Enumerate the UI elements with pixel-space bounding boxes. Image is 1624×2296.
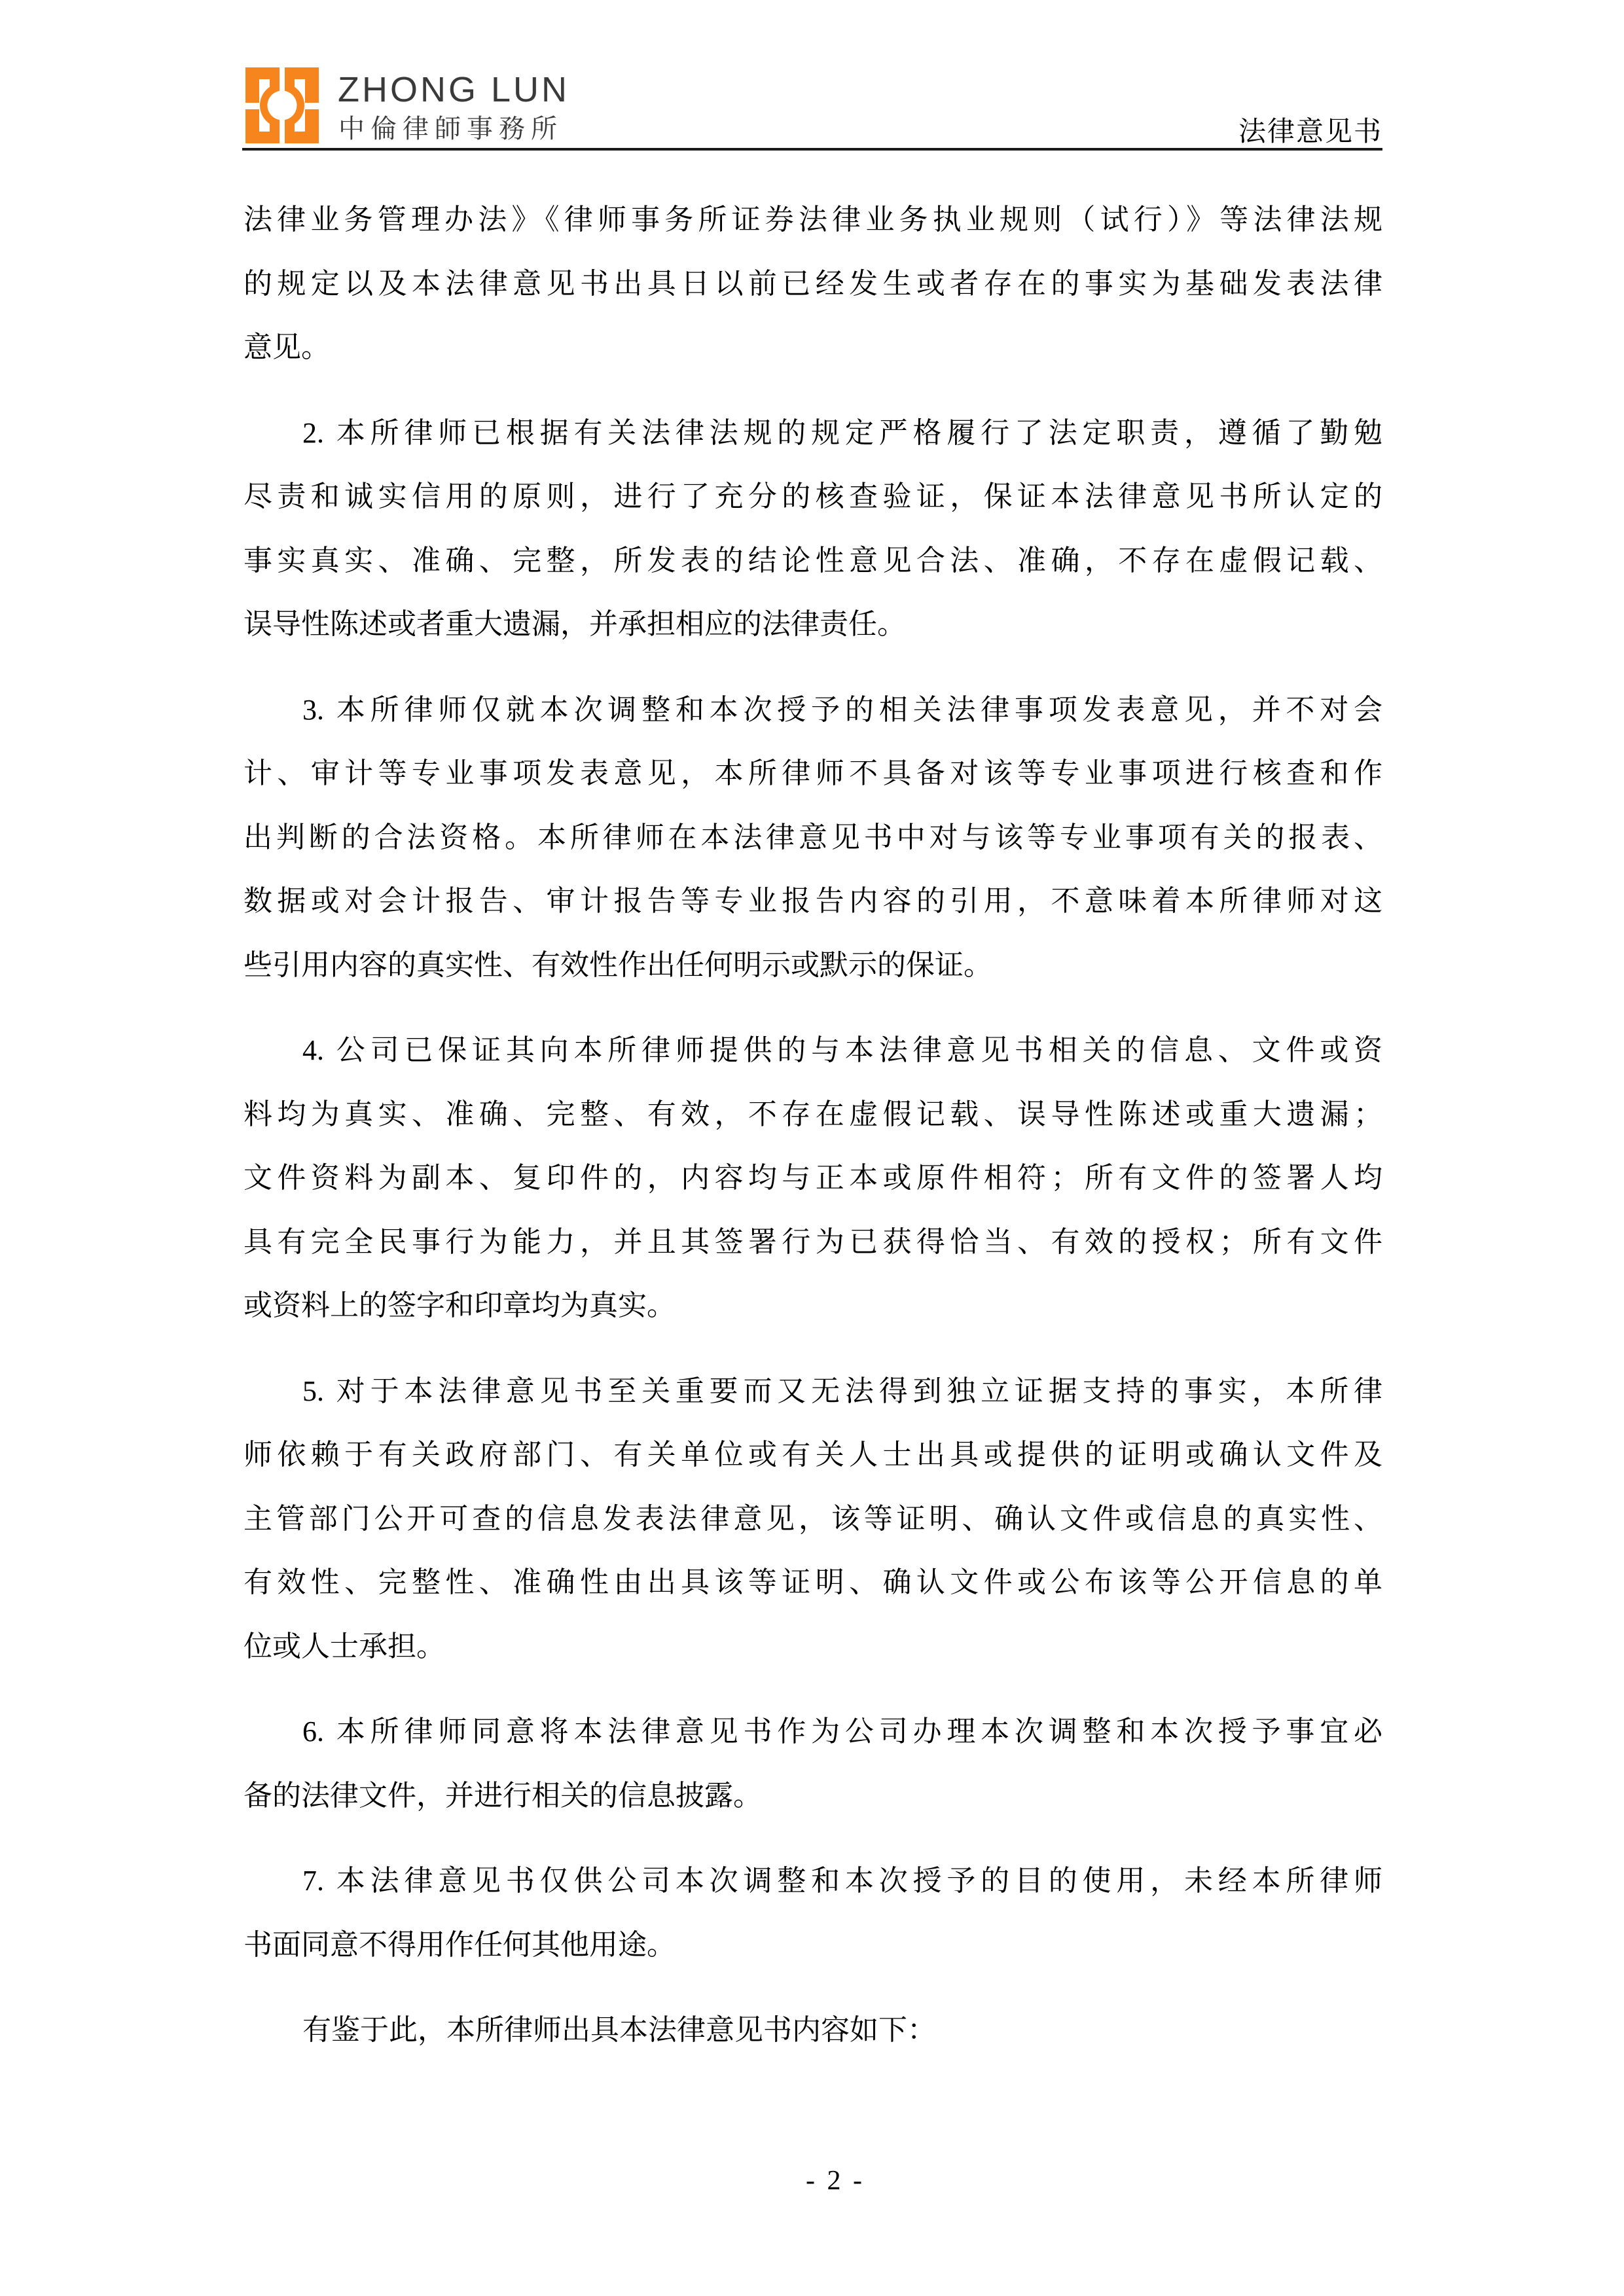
document-page: ZHONG LUN 中倫律師事務所 法律意见书 法律业务管理办法》《律师事务所证…	[0, 0, 1624, 2296]
body-line: 些引用内容的真实性、有效性作出任何明示或默示的保证。	[244, 933, 1382, 997]
body-paragraphs: 法律业务管理办法》《律师事务所证券法律业务执业规则（试行）》等法律法规的规定以及…	[244, 188, 1382, 2062]
paragraph: 4. 公司已保证其向本所律师提供的与本法律意见书相关的信息、文件或资料均为真实、…	[244, 1018, 1382, 1338]
body-line: 7. 本法律意见书仅供公司本次调整和本次授予的目的使用，未经本所律师	[244, 1849, 1382, 1913]
paragraph: 6. 本所律师同意将本法律意见书作为公司办理本次调整和本次授予事宜必备的法律文件…	[244, 1700, 1382, 1827]
zhonglun-logo-icon	[245, 67, 319, 143]
body-line: 法律业务管理办法》《律师事务所证券法律业务执业规则（试行）》等法律法规	[244, 188, 1382, 252]
body-line: 有效性、完整性、准确性由出具该等证明、确认文件或公布该等公开信息的单	[244, 1551, 1382, 1615]
body-line: 6. 本所律师同意将本法律意见书作为公司办理本次调整和本次授予事宜必	[244, 1700, 1382, 1764]
body-line: 3. 本所律师仅就本次调整和本次授予的相关法律事项发表意见，并不对会	[244, 678, 1382, 742]
document-type-label: 法律意见书	[1238, 110, 1382, 149]
paragraph: 5. 对于本法律意见书至关重要而又无法得到独立证据支持的事实，本所律师依赖于有关…	[244, 1359, 1382, 1679]
body-line: 4. 公司已保证其向本所律师提供的与本法律意见书相关的信息、文件或资	[244, 1018, 1382, 1083]
body-line: 具有完全民事行为能力，并且其签署行为已获得恰当、有效的授权；所有文件	[244, 1210, 1382, 1274]
page-number: - 2 -	[266, 2165, 1405, 2197]
body-line: 文件资料为副本、复印件的，内容均与正本或原件相符；所有文件的签署人均	[244, 1146, 1382, 1210]
brand-name-chinese: 中倫律師事務所	[338, 108, 563, 145]
body-line: 尽责和诚实信用的原则，进行了充分的核查验证，保证本法律意见书所认定的	[244, 465, 1382, 529]
paragraph: 3. 本所律师仅就本次调整和本次授予的相关法律事项发表意见，并不对会计、审计等专…	[244, 678, 1382, 997]
brand-name-latin: ZHONG LUN	[338, 69, 569, 110]
body-line: 计、审计等专业事项发表意见，本所律师不具备对该等专业事项进行核查和作	[244, 742, 1382, 806]
body-line: 书面同意不得用作任何其他用途。	[244, 1913, 1382, 1977]
paragraph: 法律业务管理办法》《律师事务所证券法律业务执业规则（试行）》等法律法规的规定以及…	[244, 188, 1382, 380]
body-line: 的规定以及本法律意见书出具日以前已经发生或者存在的事实为基础发表法律	[244, 252, 1382, 316]
body-line: 出判断的合法资格。本所律师在本法律意见书中对与该等专业事项有关的报表、	[244, 806, 1382, 870]
body-line: 师依赖于有关政府部门、有关单位或有关人士出具或提供的证明或确认文件及	[244, 1423, 1382, 1487]
header-divider	[242, 148, 1382, 151]
body-line: 备的法律文件，并进行相关的信息披露。	[244, 1764, 1382, 1828]
body-line: 位或人士承担。	[244, 1615, 1382, 1679]
body-line: 或资料上的签字和印章均为真实。	[244, 1274, 1382, 1338]
body-line: 5. 对于本法律意见书至关重要而又无法得到独立证据支持的事实，本所律	[244, 1359, 1382, 1424]
body-line: 误导性陈述或者重大遗漏，并承担相应的法律责任。	[244, 592, 1382, 656]
body-line: 有鉴于此，本所律师出具本法律意见书内容如下：	[244, 1998, 1382, 2062]
paragraph: 7. 本法律意见书仅供公司本次调整和本次授予的目的使用，未经本所律师书面同意不得…	[244, 1849, 1382, 1977]
paragraph: 2. 本所律师已根据有关法律法规的规定严格履行了法定职责，遵循了勤勉尽责和诚实信…	[244, 401, 1382, 656]
body-line: 料均为真实、准确、完整、有效，不存在虚假记载、误导性陈述或重大遗漏；	[244, 1083, 1382, 1147]
body-line: 意见。	[244, 315, 1382, 380]
body-line: 事实真实、准确、完整，所发表的结论性意见合法、准确，不存在虚假记载、	[244, 529, 1382, 593]
body-line: 2. 本所律师已根据有关法律法规的规定严格履行了法定职责，遵循了勤勉	[244, 401, 1382, 465]
paragraph: 有鉴于此，本所律师出具本法律意见书内容如下：	[244, 1998, 1382, 2062]
body-line: 数据或对会计报告、审计报告等专业报告内容的引用，不意味着本所律师对这	[244, 869, 1382, 933]
body-line: 主管部门公开可查的信息发表法律意见，该等证明、确认文件或信息的真实性、	[244, 1487, 1382, 1551]
